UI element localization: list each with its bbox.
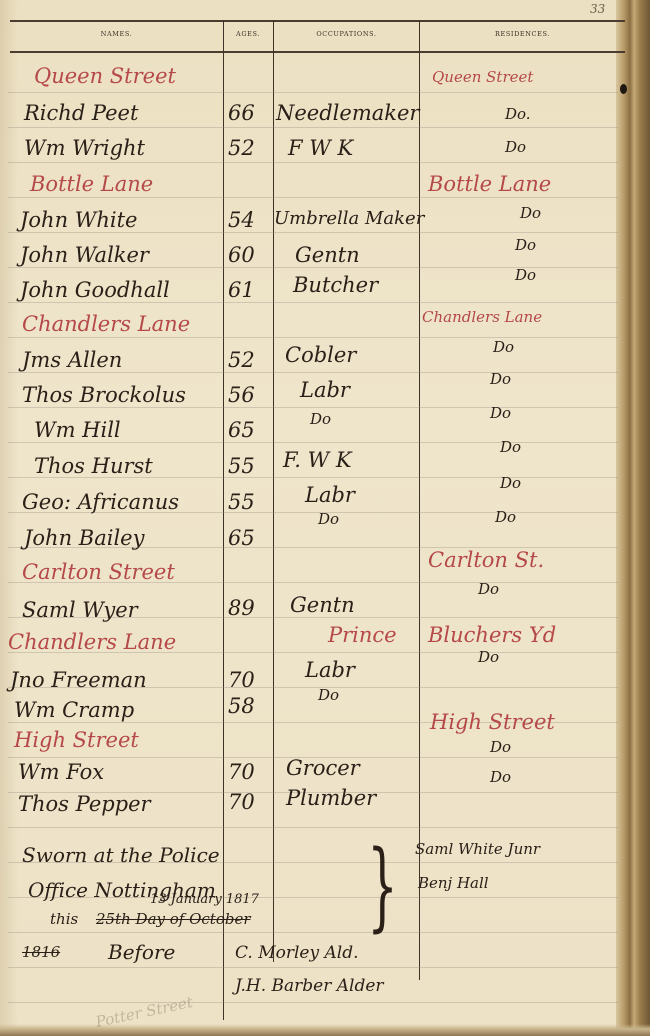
street-heading: Chandlers Lane <box>22 314 190 335</box>
entry-name: Wm Hill <box>34 420 121 441</box>
street-heading: Bottle Lane <box>30 174 153 195</box>
entry-name: Geo: Africanus <box>22 492 179 513</box>
residence-street: Queen Street <box>432 70 533 85</box>
entry-age: 70 <box>228 670 255 691</box>
entry-residence: Do <box>490 372 511 387</box>
entry-occupation: Needlemaker <box>276 103 419 124</box>
entry-occupation: Do <box>310 412 331 427</box>
signature-morley: C. Morley Ald. <box>235 945 358 962</box>
ruled-line <box>8 127 618 128</box>
entry-age: 89 <box>228 598 255 619</box>
entry-occupation: Grocer <box>286 758 360 779</box>
entry-occupation: Do <box>318 688 339 703</box>
entry-name: John Bailey <box>24 528 144 549</box>
entry-name: John White <box>20 210 137 231</box>
entry-residence: Do <box>478 650 499 665</box>
residence-street: Bottle Lane <box>428 174 551 195</box>
residence-street: Bluchers Yd <box>428 625 556 646</box>
entry-residence: Do <box>515 238 536 253</box>
entry-name: Jms Allen <box>22 350 122 371</box>
entry-occupation: Labr <box>300 380 350 401</box>
entry-residence: Do <box>515 268 536 283</box>
header-top-rule <box>10 20 625 22</box>
ruled-line <box>8 967 618 968</box>
entry-residence: Do <box>490 740 511 755</box>
ruled-line <box>8 337 618 338</box>
entry-name: Wm Fox <box>18 762 104 783</box>
entry-occupation: Gentn <box>295 245 360 266</box>
entry-age: 52 <box>228 138 255 159</box>
attestation-struck-year: 1816 <box>22 945 60 960</box>
entry-residence: Do <box>495 510 516 525</box>
attestation-before: Before <box>108 942 175 962</box>
entry-occupation: Umbrella Maker <box>274 210 424 228</box>
ruled-line <box>8 932 618 933</box>
entry-age: 55 <box>228 492 255 513</box>
entry-age: 52 <box>228 350 255 371</box>
book-binding-edge <box>616 0 650 1036</box>
entry-age: 58 <box>228 696 255 717</box>
ruled-line <box>8 442 618 443</box>
entry-residence: Do <box>493 340 514 355</box>
entry-age: 54 <box>228 210 255 231</box>
witness-2: Benj Hall <box>418 876 489 891</box>
entry-name: Thos Pepper <box>18 794 151 815</box>
attestation-struck-date: 25th Day of October <box>96 912 251 927</box>
entry-name: Richd Peet <box>24 103 138 124</box>
entry-age: 55 <box>228 456 255 477</box>
ruled-line <box>8 407 618 408</box>
entry-age: 60 <box>228 245 255 266</box>
entry-name: Jno Freeman <box>10 670 147 691</box>
street-heading: Chandlers Lane <box>8 632 176 653</box>
ruled-line <box>8 302 618 303</box>
entry-age: 56 <box>228 385 255 406</box>
residence-street: Carlton St. <box>428 550 544 571</box>
entry-residence: Do <box>478 582 499 597</box>
entry-occupation: Labr <box>305 660 355 681</box>
ruled-line <box>8 1002 618 1003</box>
ruled-line <box>8 827 618 828</box>
attestation-line-1: Sworn at the Police <box>22 845 220 865</box>
street-heading: Carlton Street <box>22 562 175 583</box>
entry-age: 70 <box>228 792 255 813</box>
witness-1: Saml White Junr <box>415 842 540 857</box>
column-divider-residences <box>419 20 420 980</box>
street-heading: Queen Street <box>34 66 176 87</box>
ruled-line <box>8 372 618 373</box>
entry-age: 65 <box>228 420 255 441</box>
entry-name: John Walker <box>20 245 149 266</box>
brace-symbol: } <box>367 838 398 934</box>
ledger-page: 33 NAMES. AGES. OCCUPATIONS. RESIDENCES.… <box>0 0 650 1036</box>
entry-residence: Do <box>490 406 511 421</box>
header-bottom-rule <box>10 51 625 53</box>
entry-name: Thos Brockolus <box>22 385 186 406</box>
column-divider-ages <box>223 20 224 1020</box>
entry-residence: Do <box>490 770 511 785</box>
entry-age: 70 <box>228 762 255 783</box>
entry-age: 61 <box>228 280 255 301</box>
entry-occupation: Plumber <box>286 788 376 809</box>
residence-street: High Street <box>430 712 555 733</box>
entry-occupation: Gentn <box>290 595 355 616</box>
entry-occupation: F W K <box>288 138 353 159</box>
entry-occupation: Cobler <box>285 345 356 366</box>
occupation-note: Prince <box>328 625 397 646</box>
header-names: NAMES. <box>10 30 223 38</box>
entry-occupation: F. W K <box>283 450 352 471</box>
street-heading: High Street <box>14 730 139 751</box>
header-residences: RESIDENCES. <box>420 30 625 38</box>
ink-blot <box>620 84 627 94</box>
ruled-line <box>8 162 618 163</box>
entry-residence: Do. <box>505 107 531 122</box>
attestation-line-3-prefix: this <box>50 912 78 927</box>
entry-name: Wm Wright <box>24 138 145 159</box>
entry-name: Thos Hurst <box>34 456 153 477</box>
entry-name: John Goodhall <box>20 280 170 301</box>
entry-residence: Do <box>520 206 541 221</box>
header-ages: AGES. <box>223 30 273 38</box>
ruled-line <box>8 232 618 233</box>
signature-barber: J.H. Barber Alder <box>235 978 384 995</box>
entry-residence: Do <box>505 140 526 155</box>
entry-occupation: Do <box>318 512 339 527</box>
residence-street: Chandlers Lane <box>422 310 542 325</box>
entry-age: 66 <box>228 103 255 124</box>
entry-occupation: Labr <box>305 485 355 506</box>
page-number: 33 <box>590 2 605 16</box>
ruled-line <box>8 92 618 93</box>
ruled-line <box>8 197 618 198</box>
attestation-inserted-date: 13 January 1817 <box>150 893 259 906</box>
entry-age: 65 <box>228 528 255 549</box>
entry-residence: Do <box>500 440 521 455</box>
entry-name: Wm Cramp <box>14 700 134 721</box>
header-occupations: OCCUPATIONS. <box>273 30 420 38</box>
entry-occupation: Butcher <box>293 275 378 296</box>
entry-name: Saml Wyer <box>22 600 138 621</box>
entry-residence: Do <box>500 476 521 491</box>
